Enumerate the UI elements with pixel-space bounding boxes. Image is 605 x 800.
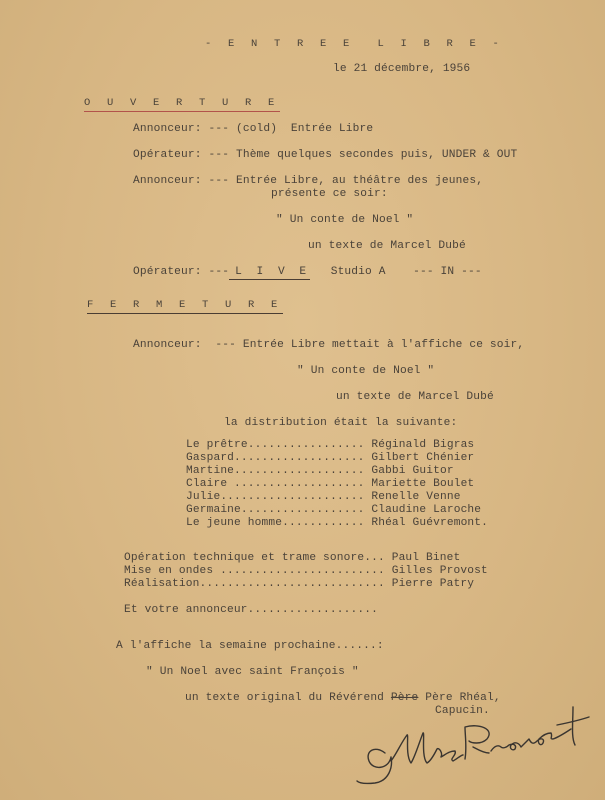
cast-row: Gaspard................... Gilbert Chéni…	[186, 452, 474, 465]
cast-actor: Mariette Boulet	[371, 478, 474, 490]
document-date: le 21 décembre, 1956	[333, 63, 470, 76]
crew-role: Opération technique et trame sonore...	[124, 552, 385, 564]
ouverture-line-3-continuation: présente ce soir:	[271, 188, 388, 201]
cast-row: Claire ................... Mariette Boul…	[186, 478, 474, 491]
cast-role: Le jeune homme............	[186, 517, 364, 529]
speaker: Annonceur:	[133, 175, 202, 187]
distribution-intro: la distribution était la suivante:	[224, 417, 457, 430]
line-text: --- Entrée Libre mettait à l'affiche ce …	[215, 339, 524, 351]
line-text: --- Thème quelques secondes puis, UNDER …	[209, 149, 518, 161]
crew-name: Gilles Provost	[392, 565, 488, 577]
crew-role: Réalisation...........................	[124, 578, 385, 590]
cast-role: Martine...................	[186, 465, 364, 477]
speaker: Annonceur:	[133, 339, 202, 351]
cast-row: Le prêtre................. Réginald Bigr…	[186, 439, 474, 452]
dashes: ---	[209, 266, 230, 278]
cast-actor: Gabbi Guitor	[371, 465, 453, 477]
ouverture-line-3: Annonceur: --- Entrée Libre, au théâtre …	[133, 175, 483, 188]
live-label: L I V E	[229, 266, 310, 280]
speaker: Opérateur:	[133, 149, 202, 161]
cast-row: Le jeune homme............ Rhéal Guévrem…	[186, 517, 488, 530]
ouverture-heading: O U V E R T U R E	[84, 97, 280, 112]
cast-role: Germaine..................	[186, 504, 364, 516]
ouverture-play-title: " Un conte de Noel "	[276, 214, 413, 227]
next-week-line: A l'affiche la semaine prochaine......:	[116, 640, 384, 653]
ouverture-author: un texte de Marcel Dubé	[308, 240, 466, 253]
speaker: Opérateur:	[133, 266, 202, 278]
crew-role: Mise en ondes ........................	[124, 565, 385, 577]
line-text: --- Entrée Libre, au théâtre des jeunes,	[209, 175, 484, 187]
line-text: --- (cold) Entrée Libre	[209, 123, 374, 135]
signature-gilles-provost	[345, 703, 605, 793]
cast-actor: Renelle Venne	[371, 491, 460, 503]
fermeture-play-title: " Un conte de Noel "	[297, 365, 434, 378]
crew-row: Opération technique et trame sonore... P…	[124, 552, 460, 565]
cast-actor: Claudine Laroche	[371, 504, 481, 516]
cast-actor: Gilbert Chénier	[371, 452, 474, 464]
cast-actor: Rhéal Guévremont.	[371, 517, 488, 529]
crew-name: Pierre Patry	[392, 578, 474, 590]
cast-row: Julie..................... Renelle Venne	[186, 491, 461, 504]
speaker: Annonceur:	[133, 123, 202, 135]
fermeture-line: Annonceur: --- Entrée Libre mettait à l'…	[133, 339, 524, 352]
next-week-title: " Un Noel avec saint François "	[146, 666, 359, 679]
crew-row: Mise en ondes ........................ G…	[124, 565, 488, 578]
announcer-line: Et votre annonceur...................	[124, 604, 378, 617]
fermeture-author: un texte de Marcel Dubé	[336, 391, 494, 404]
cast-row: Germaine.................. Claudine Laro…	[186, 504, 481, 517]
studio-label: Studio A	[331, 266, 386, 278]
fermeture-heading: F E R M E T U R E	[87, 299, 283, 314]
cast-row: Martine................... Gabbi Guitor	[186, 465, 454, 478]
cast-role: Julie.....................	[186, 491, 364, 503]
in-label: --- IN ---	[413, 266, 482, 278]
cast-role: Claire ...................	[186, 478, 364, 490]
cast-actor: Réginald Bigras	[371, 439, 474, 451]
ouverture-line-1: Annonceur: --- (cold) Entrée Libre	[133, 123, 373, 136]
crew-row: Réalisation........................... P…	[124, 578, 474, 591]
document-title: - E N T R E E L I B R E -	[205, 38, 504, 51]
cast-role: Le prêtre.................	[186, 439, 364, 451]
ouverture-line-2: Opérateur: --- Thème quelques secondes p…	[133, 149, 517, 162]
ouverture-operator-live: Opérateur: ---L I V E Studio A --- IN --…	[133, 266, 482, 279]
cast-role: Gaspard...................	[186, 452, 364, 464]
crew-name: Paul Binet	[392, 552, 461, 564]
